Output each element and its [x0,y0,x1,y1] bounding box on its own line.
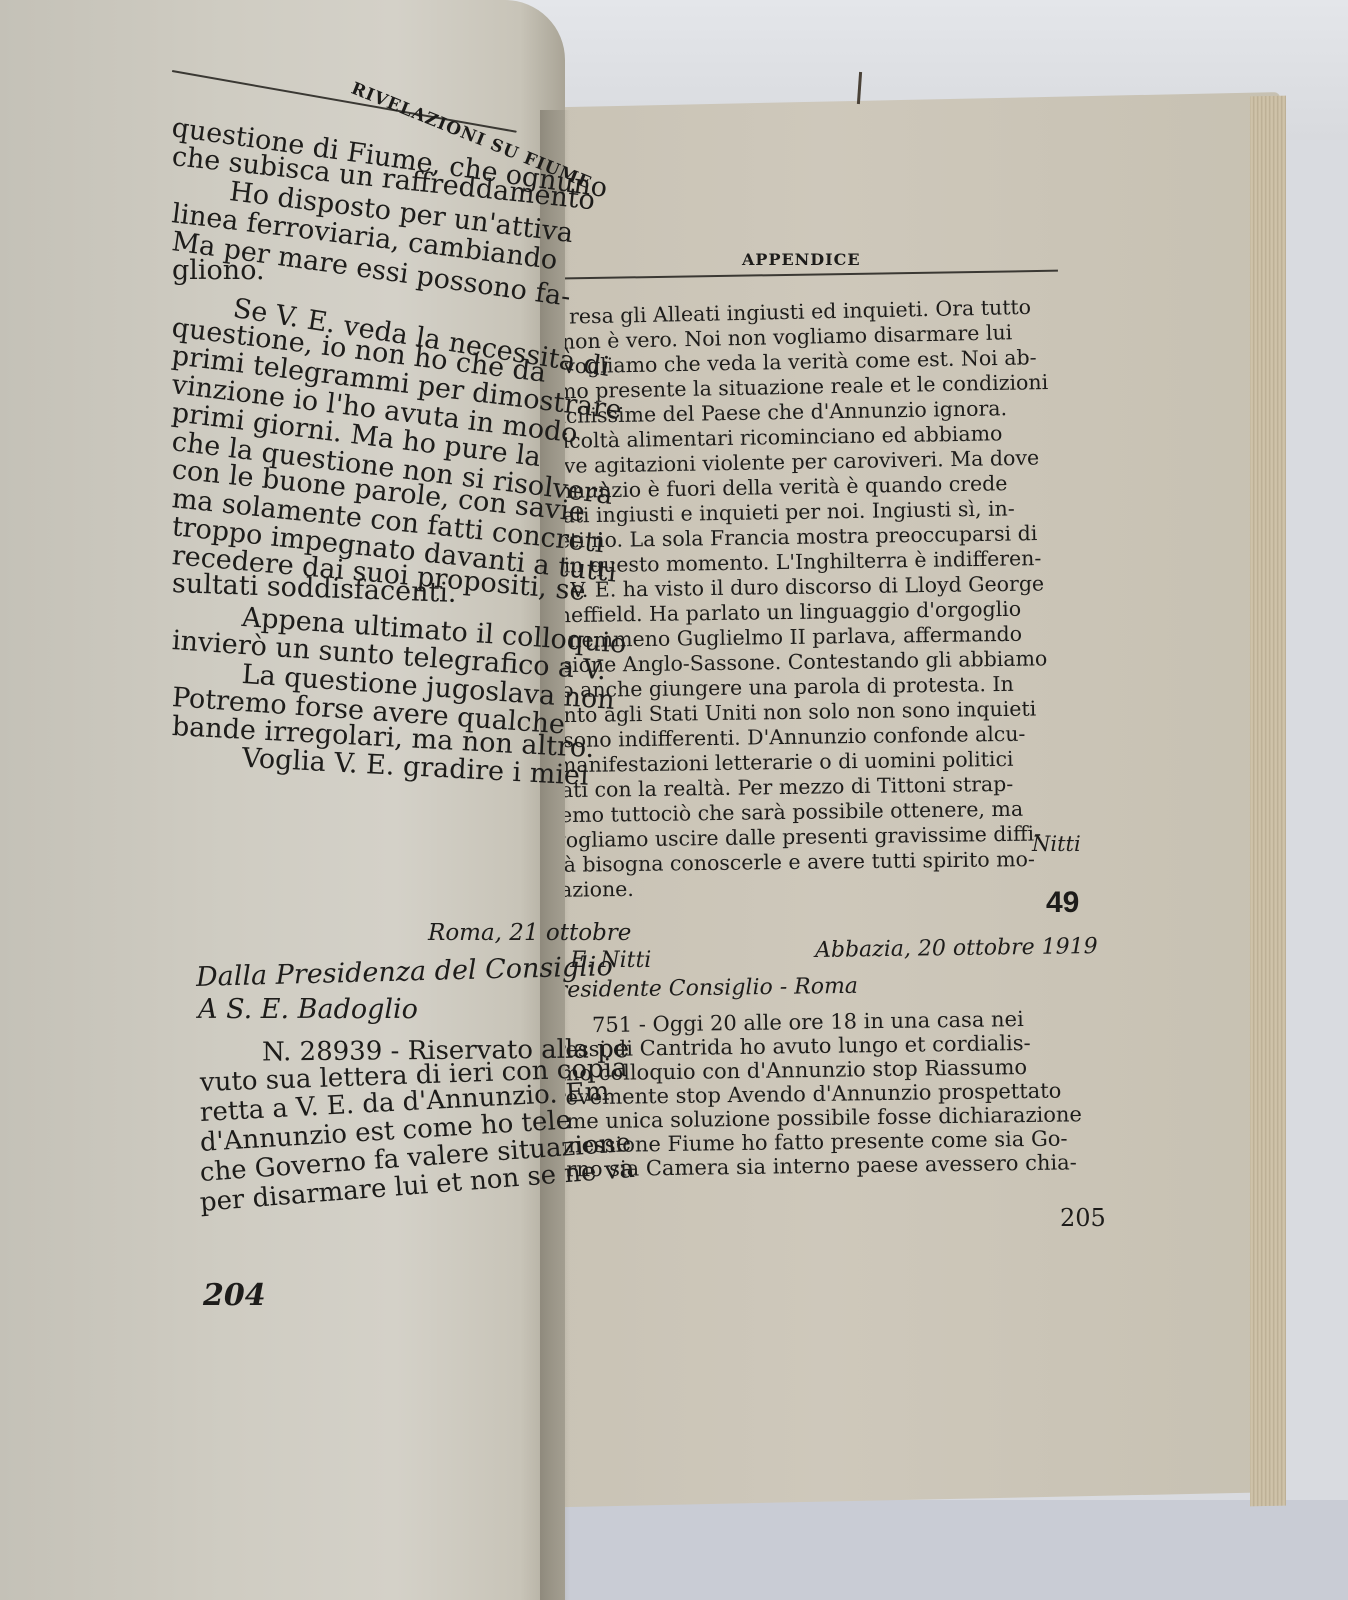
right-page-number: 205 [1060,1204,1106,1232]
left-letter-place-date: Roma, 21 ottobre [428,920,631,946]
document-number: 49 [1046,886,1079,920]
right-running-head: APPENDICE [742,250,861,269]
page-edges [1250,96,1286,1507]
letter-place-date: Abbazia, 20 ottobre 1919 [815,934,1098,963]
left-page-body: questione di Fiume, che ognuno che subis… [172,114,627,770]
table-surface [560,1500,1348,1600]
text-line: derazione. [525,872,1048,903]
signature-nitti: Nitti [1032,832,1081,856]
left-letter-to: A S. E. Badoglio [198,994,418,1025]
text-line: gliono. [172,257,627,286]
left-letter-body: N. 28939 - Riservato alla pe vuto sua le… [200,1038,636,1218]
left-page-number: 204 [203,1278,266,1313]
